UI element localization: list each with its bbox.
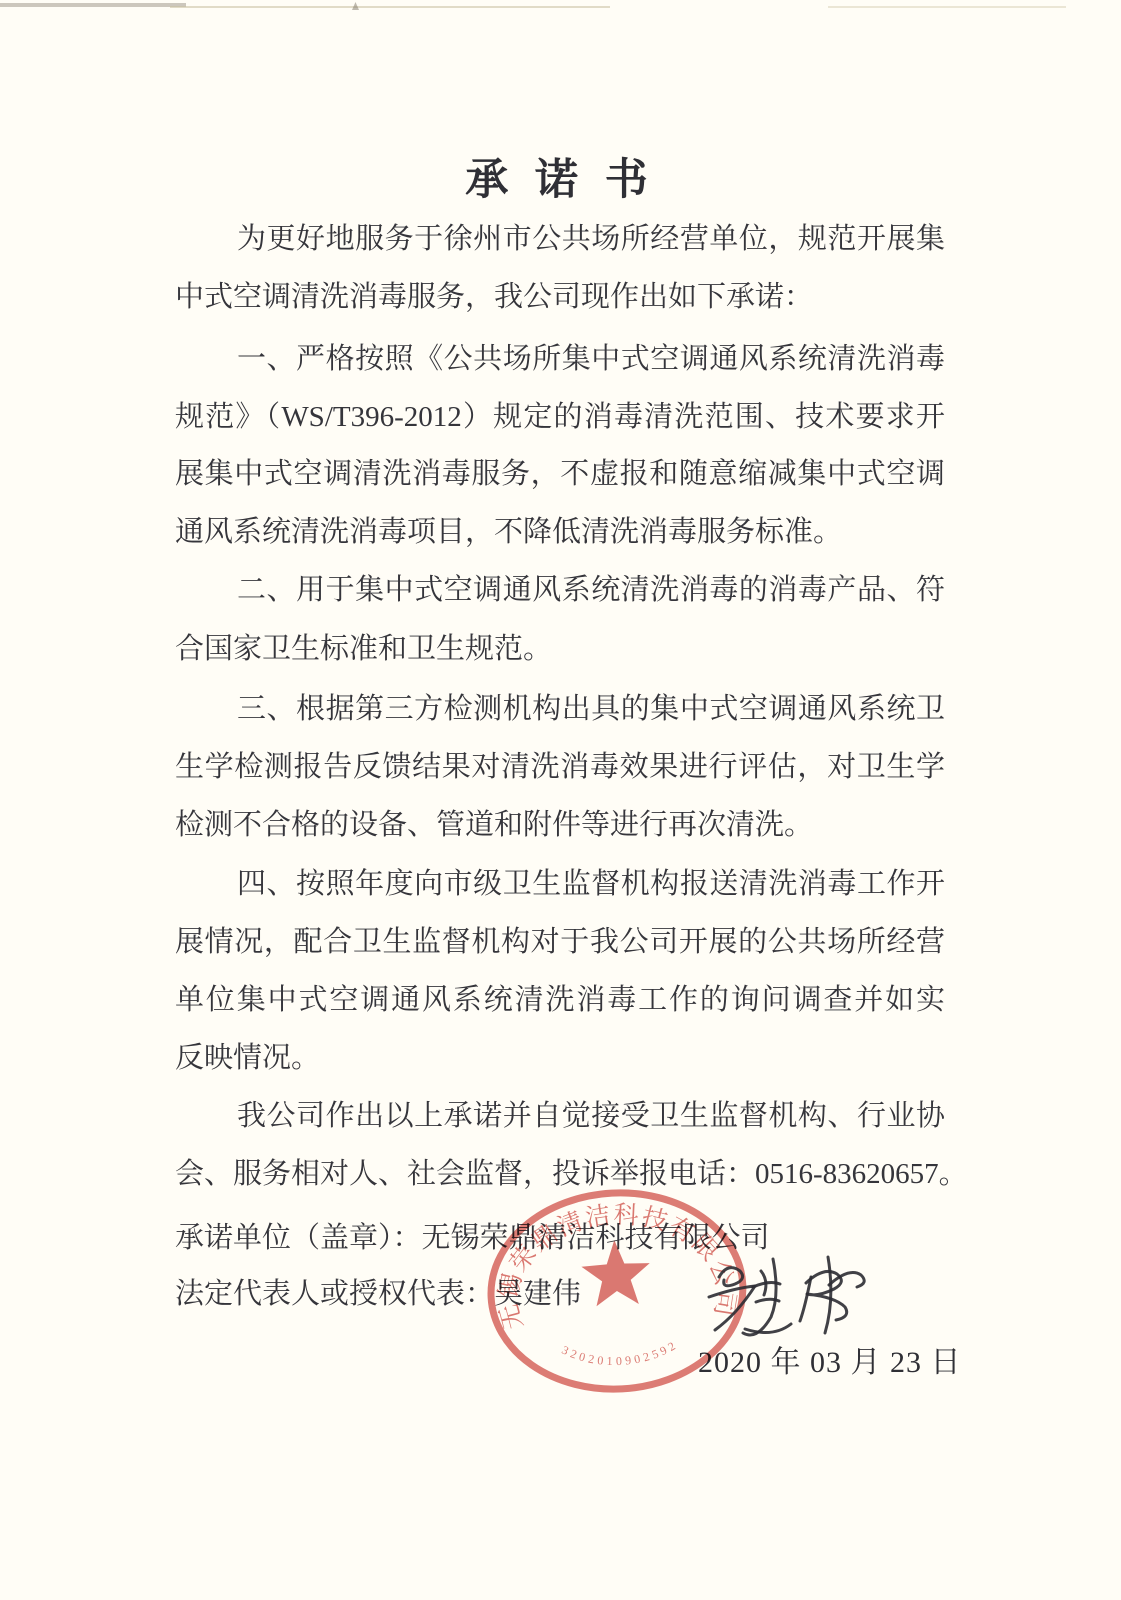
body-line: 中式空调清洗消毒服务，我公司现作出如下承诺： [175, 276, 945, 318]
document-title: 承 诺 书 [0, 146, 1121, 207]
body-line: 我公司作出以上承诺并自觉接受卫生监督机构、行业协 [237, 1095, 945, 1137]
body-line: 一、严格按照《公共场所集中式空调通风系统清洗消毒 [237, 338, 945, 380]
body-line: 检测不合格的设备、管道和附件等进行再次清洗。 [175, 804, 945, 846]
body-line: 生学检测报告反馈结果对清洗消毒效果进行评估，对卫生学 [175, 746, 945, 788]
body-line: 三、根据第三方检测机构出具的集中式空调通风系统卫 [237, 688, 945, 730]
body-line: 二、用于集中式空调通风系统清洗消毒的消毒产品、符 [237, 569, 945, 611]
body-line: 合国家卫生标准和卫生规范。 [175, 628, 945, 670]
body-line: 四、按照年度向市级卫生监督机构报送清洗消毒工作开 [237, 863, 945, 905]
svg-text:3202010902592: 3202010902592 [559, 1337, 682, 1371]
body-line: 为更好地服务于徐州市公共场所经营单位，规范开展集 [237, 218, 945, 260]
scan-artifact [0, 3, 186, 7]
scan-artifact [828, 6, 1066, 8]
handwritten-signature [695, 1245, 870, 1355]
body-line: 展集中式空调清洗消毒服务，不虚报和随意缩减集中式空调 [175, 453, 945, 495]
scan-artifact [170, 6, 610, 8]
body-line: 展情况，配合卫生监督机构对于我公司开展的公共场所经营 [175, 921, 945, 963]
scan-artifact [352, 2, 359, 10]
body-line: 规范》（WS/T396-2012）规定的消毒清洗范围、技术要求开 [175, 396, 945, 438]
body-line: 反映情况。 [175, 1037, 945, 1079]
scanned-document-page: 承 诺 书 为更好地服务于徐州市公共场所经营单位，规范开展集 中式空调清洗消毒服… [0, 0, 1121, 1600]
body-line: 通风系统清洗消毒项目，不降低清洗消毒服务标准。 [175, 511, 945, 553]
seal-number: 3202010902592 [559, 1337, 682, 1371]
star-icon [580, 1238, 652, 1307]
body-line: 单位集中式空调通风系统清洗消毒工作的询问调查并如实 [175, 979, 945, 1021]
